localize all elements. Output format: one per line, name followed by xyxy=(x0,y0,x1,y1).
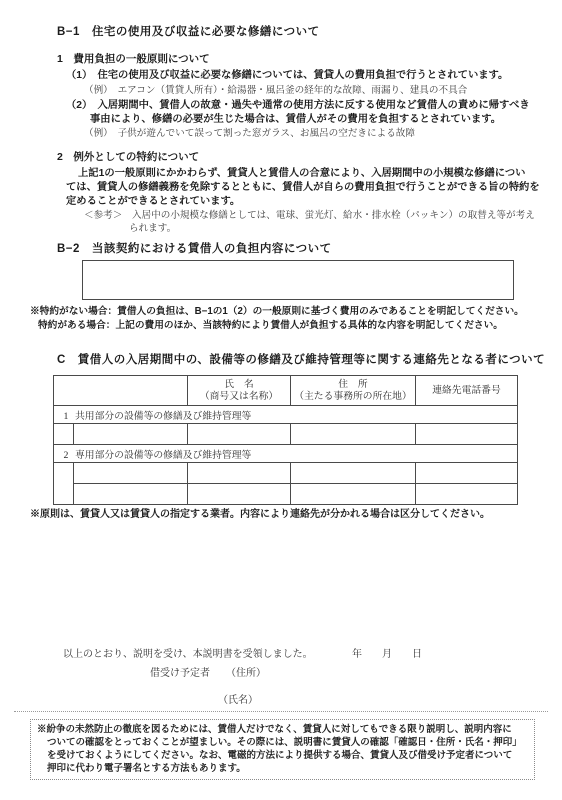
prospective-borrower-line: 借受け予定者（住所） xyxy=(150,663,266,681)
contact-row-common xyxy=(54,424,518,445)
category-row-exclusive-areas: 2専用部分の設備等の修繕及び維持管理等 xyxy=(54,445,518,463)
address-label: （住所） xyxy=(226,668,266,679)
section-1-item-2-line-1: （2） 入居期間中、賃借人の故意・過失や通常の使用方法に反する使用など賃借人の責… xyxy=(66,96,530,111)
date-year-month-day: 年 月 日 xyxy=(352,645,422,660)
section-1-item-1: （1） 住宅の使用及び収益に必要な修繕については、賃貸人の費用負担で行うとされて… xyxy=(66,66,508,81)
header-name-line2: （商号又は名称） xyxy=(188,391,290,403)
dispute-prevention-notice-box: ※紛争の未然防止の徹底を図るためには、賃借人だけでなく、賃貸人に対してもできる限… xyxy=(30,719,535,780)
number-strip-cell xyxy=(54,424,74,445)
header-address-line1: 住 所 xyxy=(291,379,415,391)
dotted-separator-line xyxy=(14,711,548,712)
common-phone-fill-cell xyxy=(416,424,518,445)
section-2-heading: 2 例外としての特約について xyxy=(57,149,199,164)
receipt-statement: 以上のとおり、説明を受け、本説明書を受領しました。 xyxy=(63,645,313,660)
exclusive-address-fill-cell-2 xyxy=(291,484,416,505)
b2-note-special-clause: 特約がある場合：上記の費用のほか、当該特約により賃借人が負担する具体的な内容を明… xyxy=(38,317,503,331)
prospective-borrower-label: 借受け予定者 xyxy=(150,668,210,679)
document-page: B−1 住宅の使用及び収益に必要な修繕について 1 費用負担の一般原則について … xyxy=(0,0,562,800)
header-name-line1: 氏 名 xyxy=(188,379,290,391)
exclusive-phone-fill-cell-2 xyxy=(416,484,518,505)
number-strip-cell xyxy=(54,463,74,505)
b2-tenant-burden-fill-area xyxy=(82,260,514,300)
section-b1-title: B−1 住宅の使用及び収益に必要な修繕について xyxy=(57,23,320,39)
exclusive-contact-label-cell-1 xyxy=(74,463,188,484)
section-2-line-3: 定めることができるとされています。 xyxy=(66,192,240,207)
section-2-reference-line-1: ＜参考＞ 入居中の小規模な修繕としては、電球、蛍光灯、給水・排水栓（パッキン）の… xyxy=(84,207,535,221)
contact-table-header-row: 氏 名 （商号又は名称） 住 所 （主たる事務所の所在地） 連絡先電話番号 xyxy=(54,376,518,406)
category-row-common-areas: 1共用部分の設備等の修繕及び維持管理等 xyxy=(54,406,518,424)
category-number: 1 xyxy=(57,411,75,422)
notice-line-4: 押印に代わり電子署名とする方法もあります。 xyxy=(37,762,528,775)
notice-line-2: ついての確認をとっておくことが望ましい。その際には、説明書に賃貸人の確認「確認日… xyxy=(37,736,528,749)
section-1-example-2: （例） 子供が遊んでいて誤って割った窓ガラス、お風呂の空だきによる故障 xyxy=(84,125,415,139)
section-1-heading: 1 費用負担の一般原則について xyxy=(57,51,210,66)
contact-row-exclusive-2 xyxy=(54,484,518,505)
common-contact-label-cell xyxy=(74,424,188,445)
exclusive-contact-label-cell-2 xyxy=(74,484,188,505)
name-label: （氏名） xyxy=(218,691,258,706)
category-number: 2 xyxy=(57,450,75,461)
section-2-line-1: 上記1の一般原則にかかわらず、賃貸人と賃借人の合意により、入居期間中の小規模な修… xyxy=(78,164,525,179)
exclusive-phone-fill-cell-1 xyxy=(416,463,518,484)
header-phone-cell: 連絡先電話番号 xyxy=(416,376,518,406)
category-common-label-cell: 1共用部分の設備等の修繕及び維持管理等 xyxy=(54,406,518,424)
exclusive-address-fill-cell-1 xyxy=(291,463,416,484)
header-address-cell: 住 所 （主たる事務所の所在地） xyxy=(291,376,416,406)
exclusive-name-fill-cell-1 xyxy=(188,463,291,484)
section-1-item-2-line-2: 事由により、修繕の必要が生じた場合は、賃借人がその費用を負担するとされています。 xyxy=(90,110,501,125)
header-name-cell: 氏 名 （商号又は名称） xyxy=(188,376,291,406)
common-name-fill-cell xyxy=(188,424,291,445)
section-2-reference-line-2: られます。 xyxy=(129,220,176,234)
common-address-fill-cell xyxy=(291,424,416,445)
section-2-line-2: ては、賃貸人の修繕義務を免除するとともに、賃借人が自らの費用負担で行うことができ… xyxy=(66,178,540,193)
category-label: 共用部分の設備等の修繕及び維持管理等 xyxy=(75,411,251,422)
header-address-line2: （主たる事務所の所在地） xyxy=(291,391,415,403)
category-exclusive-label-cell: 2専用部分の設備等の修繕及び維持管理等 xyxy=(54,445,518,463)
notice-line-3: を受けておくようにしてください。なお、電磁的方法により提供する場合、賃貸人及び借… xyxy=(37,749,528,762)
b2-note-no-special-clause: ※特約がない場合：賃借人の負担は、B−1の1（2）の一般原則に基づく費用のみであ… xyxy=(30,303,524,317)
exclusive-name-fill-cell-2 xyxy=(188,484,291,505)
header-blank-cell xyxy=(54,376,188,406)
category-label: 専用部分の設備等の修繕及び維持管理等 xyxy=(75,450,251,461)
contact-row-exclusive-1 xyxy=(54,463,518,484)
section-b2-title: B−2 当該契約における賃借人の負担内容について xyxy=(57,240,332,256)
notice-line-1: ※紛争の未然防止の徹底を図るためには、賃借人だけでなく、賃貸人に対してもできる限… xyxy=(37,723,528,736)
c-table-note: ※原則は、賃貸人又は賃貸人の指定する業者。内容により連絡先が分かれる場合は区分し… xyxy=(30,505,490,520)
section-c-title: C 賃借人の入居期間中の、設備等の修繕及び維持管理等に関する連絡先となる者につい… xyxy=(57,351,545,367)
section-1-example-1: （例） エアコン（賃貸人所有）・給湯器・風呂釜の経年的な故障、雨漏り、建具の不具… xyxy=(84,82,467,96)
contact-table: 氏 名 （商号又は名称） 住 所 （主たる事務所の所在地） 連絡先電話番号 1共… xyxy=(53,375,518,505)
